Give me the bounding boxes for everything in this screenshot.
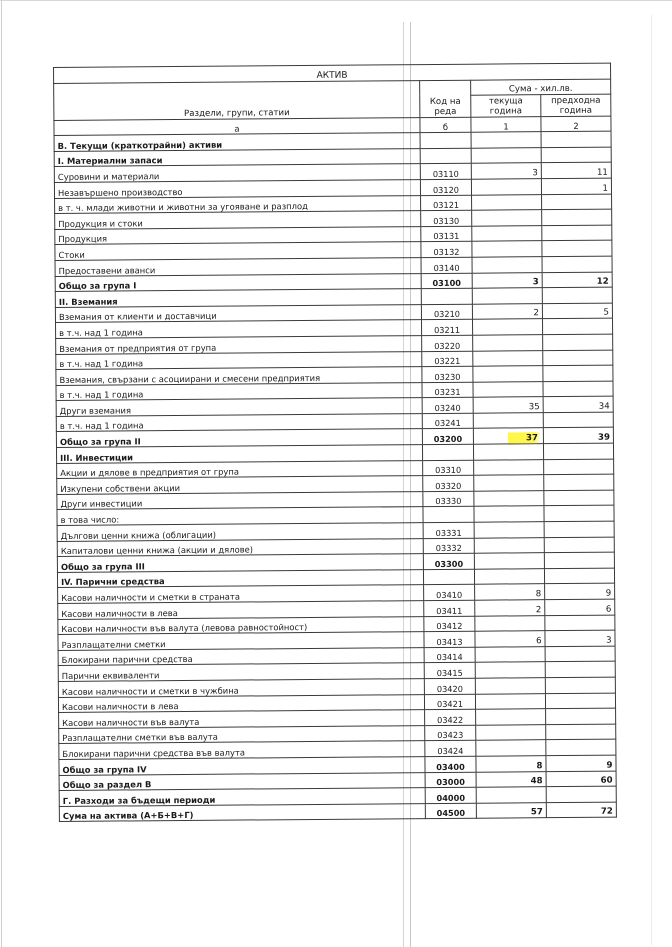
row-code: 03211 [421, 320, 472, 336]
header-code: Код на реда [420, 80, 471, 117]
row-current-year-value [471, 132, 541, 148]
row-current-year-value [476, 740, 546, 756]
row-code: 03100 [421, 273, 472, 289]
row-previous-year-value [542, 318, 612, 334]
row-current-year-value [472, 241, 542, 257]
row-current-year-value: 3 [472, 272, 542, 288]
row-current-year-value [472, 210, 542, 226]
column-letter-current: 1 [471, 116, 541, 132]
row-current-year-value: 3 [471, 163, 541, 179]
row-current-year-value [471, 147, 541, 163]
row-current-year-value: 8 [476, 756, 546, 772]
row-current-year-value [474, 537, 544, 553]
page-edge [651, 15, 652, 945]
row-previous-year-value [543, 412, 613, 428]
row-code: 03000 [425, 772, 476, 788]
row-code: 03414 [424, 647, 475, 663]
row-current-year-value [474, 522, 544, 538]
row-previous-year-value: 39 [543, 428, 613, 444]
row-code: 03200 [422, 429, 473, 445]
row-current-year-value [473, 335, 543, 351]
row-current-year-value: 2 [475, 600, 545, 616]
row-current-year-value: 6 [475, 631, 545, 647]
page-edge [1, 0, 2, 947]
row-current-year-value [472, 225, 542, 241]
row-code: 03221 [422, 351, 473, 367]
row-code: 03131 [421, 226, 472, 242]
row-current-year-value [475, 693, 545, 709]
row-previous-year-value [545, 646, 615, 662]
row-previous-year-value [541, 147, 611, 163]
row-code: 03330 [423, 491, 474, 507]
row-previous-year-value [545, 693, 615, 709]
row-code: 03415 [424, 663, 475, 679]
row-previous-year-value [546, 786, 616, 802]
row-previous-year-value [546, 739, 616, 755]
row-previous-year-value [543, 365, 613, 381]
column-letter-previous: 2 [541, 116, 611, 132]
row-previous-year-value [542, 209, 612, 225]
row-previous-year-value [543, 443, 613, 459]
row-current-year-value [474, 568, 544, 584]
row-previous-year-value: 11 [541, 162, 611, 178]
row-code: 03422 [425, 709, 476, 725]
row-current-year-value [472, 288, 542, 304]
row-code [422, 444, 473, 460]
row-current-year-value [473, 381, 543, 397]
row-previous-year-value [542, 194, 612, 210]
row-current-year-value: 8 [475, 584, 545, 600]
row-current-year-value [472, 257, 542, 273]
row-code: 03310 [423, 460, 474, 476]
row-code: 03320 [423, 475, 474, 491]
row-previous-year-value [542, 225, 612, 241]
row-code: 03220 [422, 335, 473, 351]
row-code: 03110 [420, 164, 471, 180]
row-code: 04500 [425, 803, 476, 819]
row-current-year-value: 2 [472, 303, 542, 319]
row-previous-year-value: 9 [546, 755, 616, 771]
row-code: 03423 [425, 725, 476, 741]
row-current-year-value [473, 444, 543, 460]
row-current-year-value [474, 475, 544, 491]
row-current-year-value: 57 [476, 802, 546, 818]
page-edge [0, 0, 672, 1]
row-code: 03413 [424, 631, 475, 647]
row-current-year-value [472, 194, 542, 210]
row-code: 03240 [422, 397, 473, 413]
row-code [423, 569, 474, 585]
row-previous-year-value [544, 459, 614, 475]
header-sum: Сума - хил.лв. [471, 79, 611, 95]
row-current-year-value [476, 787, 546, 803]
row-current-year-value [476, 709, 546, 725]
row-code [423, 507, 474, 523]
row-code: 03424 [425, 741, 476, 757]
row-current-year-value [473, 413, 543, 429]
row-previous-year-value [545, 615, 615, 631]
row-code: 03132 [421, 242, 472, 258]
row-previous-year-value: 72 [546, 802, 616, 818]
header-current-year: текуща година [471, 94, 541, 117]
row-code: 03210 [421, 304, 472, 320]
highlighted-value: 37 [508, 432, 540, 444]
row-previous-year-value [542, 287, 612, 303]
row-code: 03331 [423, 522, 474, 538]
row-code: 03231 [422, 382, 473, 398]
row-current-year-value [474, 459, 544, 475]
row-previous-year-value [544, 537, 614, 553]
table-body: В. Текущи (краткотрайни) активиI. Матери… [54, 131, 616, 821]
balance-sheet-assets-table: АКТИВ Раздели, групи, статии Код на реда… [53, 63, 617, 823]
row-code: 03120 [420, 179, 471, 195]
row-code: 03300 [423, 553, 474, 569]
header-name: Раздели, групи, статии [54, 80, 420, 120]
row-previous-year-value: 34 [543, 396, 613, 412]
row-previous-year-value [544, 552, 614, 568]
row-code: 03411 [424, 600, 475, 616]
row-current-year-value [474, 506, 544, 522]
row-previous-year-value [544, 568, 614, 584]
row-previous-year-value: 3 [545, 630, 615, 646]
row-code [420, 148, 471, 164]
row-code [420, 132, 471, 148]
row-previous-year-value [545, 661, 615, 677]
row-previous-year-value [542, 240, 612, 256]
row-previous-year-value: 60 [546, 771, 616, 787]
row-code: 03420 [424, 678, 475, 694]
row-code: 04000 [425, 787, 476, 803]
header-previous-year: предходна година [541, 94, 611, 117]
row-current-year-value [471, 179, 541, 195]
row-code: 03241 [422, 413, 473, 429]
row-current-year-value: 35 [473, 397, 543, 413]
row-current-year-value [475, 678, 545, 694]
row-code: 03410 [424, 585, 475, 601]
row-previous-year-value [545, 677, 615, 693]
row-code: 03140 [421, 257, 472, 273]
row-code: 03421 [424, 694, 475, 710]
row-previous-year-value [543, 381, 613, 397]
row-previous-year-value [544, 490, 614, 506]
column-letter-code: б [420, 117, 471, 133]
row-code [421, 288, 472, 304]
row-previous-year-value [542, 256, 612, 272]
row-previous-year-value: 1 [541, 178, 611, 194]
row-previous-year-value [546, 724, 616, 740]
row-current-year-value: 37 [473, 428, 543, 444]
row-previous-year-value [544, 521, 614, 537]
row-previous-year-value [544, 474, 614, 490]
row-previous-year-value [541, 131, 611, 147]
row-current-year-value [473, 350, 543, 366]
row-current-year-value: 48 [476, 771, 546, 787]
row-current-year-value [476, 724, 546, 740]
row-previous-year-value [546, 708, 616, 724]
row-previous-year-value [543, 350, 613, 366]
row-current-year-value [475, 646, 545, 662]
row-previous-year-value: 6 [545, 599, 615, 615]
row-previous-year-value [544, 506, 614, 522]
row-current-year-value [475, 615, 545, 631]
row-current-year-value [473, 366, 543, 382]
row-previous-year-value [543, 334, 613, 350]
row-code: 03230 [422, 366, 473, 382]
row-current-year-value [472, 319, 542, 335]
row-code: 03412 [424, 616, 475, 632]
row-current-year-value [474, 491, 544, 507]
row-previous-year-value: 5 [542, 303, 612, 319]
row-current-year-value [475, 662, 545, 678]
row-previous-year-value: 12 [542, 272, 612, 288]
row-label: Сума на актива (А+Б+В+Г) [59, 803, 425, 821]
row-previous-year-value: 9 [545, 584, 615, 600]
row-code: 03121 [421, 195, 472, 211]
row-current-year-value [474, 553, 544, 569]
row-code: 03130 [421, 210, 472, 226]
row-code: 03400 [425, 756, 476, 772]
row-code: 03332 [423, 538, 474, 554]
